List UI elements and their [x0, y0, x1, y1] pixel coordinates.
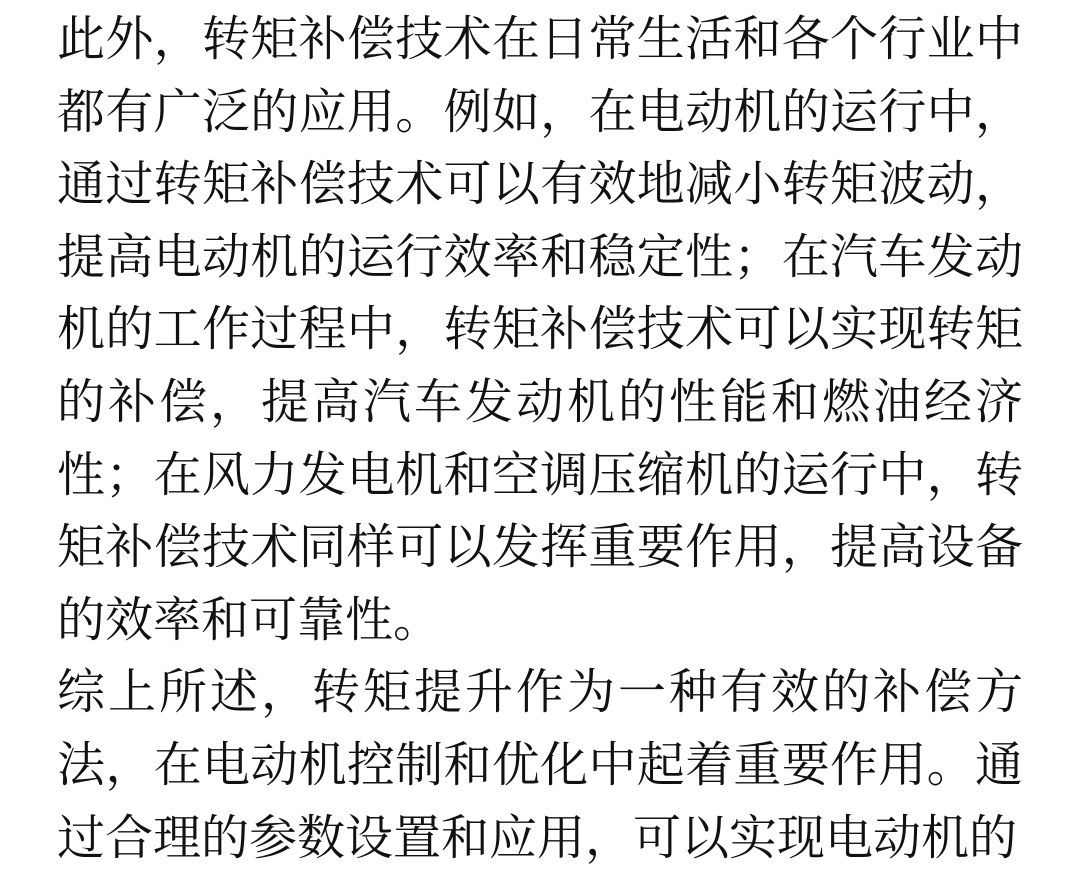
paragraph-summary: 综上所述，转矩提升作为一种有效的补偿方法，在电动机控制和优化中起着重要作用。通过…	[57, 657, 1023, 871]
text-page: 此外，转矩补偿技术在日常生活和各个行业中都有广泛的应用。例如，在电动机的运行中，…	[57, 0, 1023, 871]
paragraph-applications: 此外，转矩补偿技术在日常生活和各个行业中都有广泛的应用。例如，在电动机的运行中，…	[57, 4, 1023, 657]
document-page: { "document": { "background_color": "#ff…	[0, 0, 1080, 871]
